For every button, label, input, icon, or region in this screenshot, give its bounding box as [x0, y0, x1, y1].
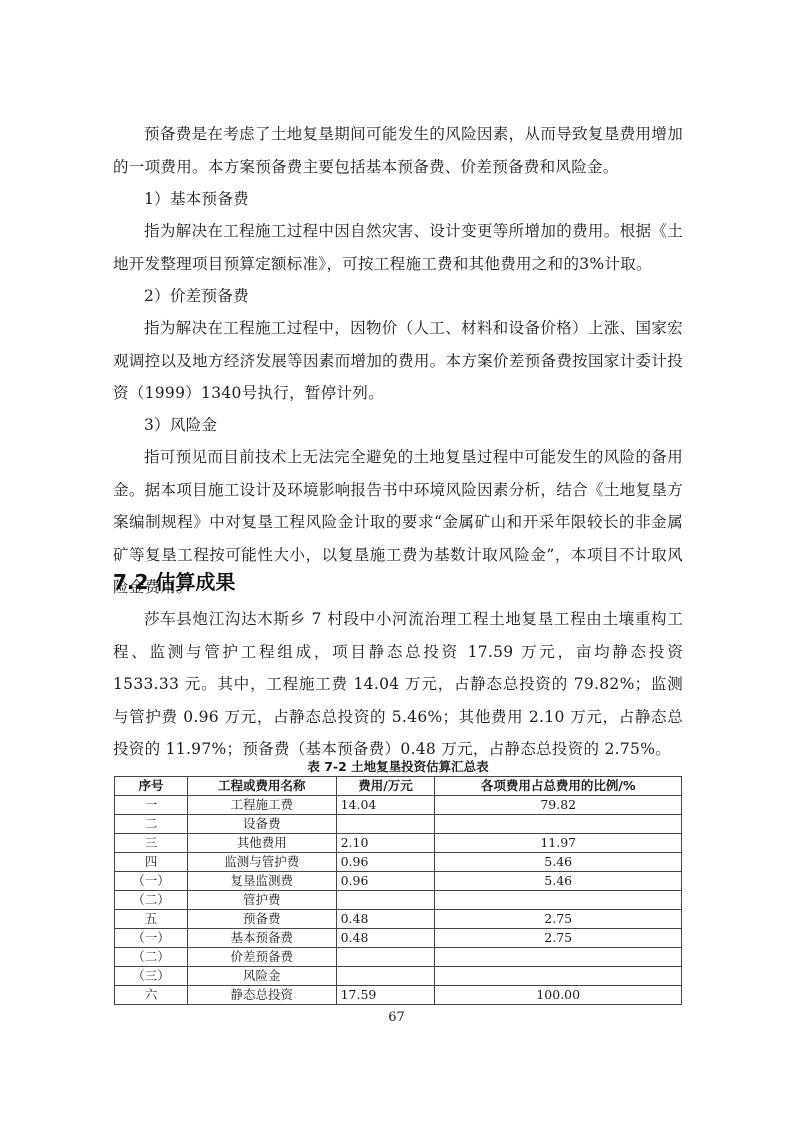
cell-percent: 100.00: [435, 986, 682, 1005]
cell-percent: [435, 891, 682, 910]
document-page: 预备费是在考虑了土地复垦期间可能发生的风险因素，从而导致复垦费用增加的一项费用。…: [0, 0, 793, 1122]
table-row: （二）价差预备费: [115, 948, 682, 967]
cell-cost: [336, 967, 435, 986]
cell-cost: 0.48: [336, 929, 435, 948]
cell-index: 二: [115, 815, 188, 834]
cell-percent: 79.82: [435, 796, 682, 815]
cell-index: （一）: [115, 929, 188, 948]
section-heading: 7.2 估算成果: [113, 566, 235, 595]
cell-percent: 2.75: [435, 929, 682, 948]
cell-percent: [435, 967, 682, 986]
cell-cost: [336, 891, 435, 910]
cell-name: 其他费用: [187, 834, 336, 853]
cell-index: 六: [115, 986, 188, 1005]
intro-paragraph: 预备费是在考虑了土地复垦期间可能发生的风险因素，从而导致复垦费用增加的一项费用。…: [113, 118, 683, 183]
header-cost: 费用/万元: [336, 777, 435, 796]
table-row: 一工程施工费14.0479.82: [115, 796, 682, 815]
cell-name: 基本预备费: [187, 929, 336, 948]
table-row: （二）管护费: [115, 891, 682, 910]
table-row-total: 六静态总投资17.59100.00: [115, 986, 682, 1005]
cell-name: 工程施工费: [187, 796, 336, 815]
section-body: 莎车县炮江沟达木斯乡 7 村段中小河流治理工程土地复垦工程由土壤重构工程、监测与…: [113, 603, 683, 766]
investment-summary-table: 序号 工程或费用名称 费用/万元 各项费用占总费用的比例/% 一工程施工费14.…: [114, 776, 682, 1005]
cell-index: 四: [115, 853, 188, 872]
cell-cost: 0.48: [336, 910, 435, 929]
cell-cost: 14.04: [336, 796, 435, 815]
cell-name: 监测与管护费: [187, 853, 336, 872]
table-header-row: 序号 工程或费用名称 费用/万元 各项费用占总费用的比例/%: [115, 777, 682, 796]
cell-percent: [435, 815, 682, 834]
cell-percent: [435, 948, 682, 967]
cell-name: 静态总投资: [187, 986, 336, 1005]
table-row: （一）复垦监测费0.965.46: [115, 872, 682, 891]
cell-index: （二）: [115, 948, 188, 967]
table-caption: 表 7-2 土地复垦投资估算汇总表: [113, 757, 683, 775]
cell-name: 管护费: [187, 891, 336, 910]
cell-cost: [336, 948, 435, 967]
cell-cost: 0.96: [336, 853, 435, 872]
cell-cost: 0.96: [336, 872, 435, 891]
table-row: 五预备费0.482.75: [115, 910, 682, 929]
cell-name: 风险金: [187, 967, 336, 986]
cell-cost: [336, 815, 435, 834]
cell-name: 预备费: [187, 910, 336, 929]
item1-title: 1）基本预备费: [113, 183, 683, 216]
cell-cost: 17.59: [336, 986, 435, 1005]
table-row: 四监测与管护费0.965.46: [115, 853, 682, 872]
cell-index: （二）: [115, 891, 188, 910]
cell-index: （三）: [115, 967, 188, 986]
cell-name: 复垦监测费: [187, 872, 336, 891]
cell-percent: 11.97: [435, 834, 682, 853]
cell-name: 价差预备费: [187, 948, 336, 967]
table-row: （三）风险金: [115, 967, 682, 986]
cell-cost: 2.10: [336, 834, 435, 853]
table-row: 二设备费: [115, 815, 682, 834]
page-number: 67: [0, 1010, 793, 1025]
cell-index: 三: [115, 834, 188, 853]
table-row: 三其他费用2.1011.97: [115, 834, 682, 853]
item1-body: 指为解决在工程施工过程中因自然灾害、设计变更等所增加的费用。根据《土地开发整理项…: [113, 215, 683, 280]
cell-percent: 2.75: [435, 910, 682, 929]
cell-index: 一: [115, 796, 188, 815]
cell-percent: 5.46: [435, 853, 682, 872]
item2-title: 2）价差预备费: [113, 280, 683, 313]
table-row: （一）基本预备费0.482.75: [115, 929, 682, 948]
header-item-name: 工程或费用名称: [187, 777, 336, 796]
cell-index: （一）: [115, 872, 188, 891]
header-index: 序号: [115, 777, 188, 796]
header-percentage: 各项费用占总费用的比例/%: [435, 777, 682, 796]
cell-name: 设备费: [187, 815, 336, 834]
item2-body: 指为解决在工程施工过程中，因物价（人工、材料和设备价格）上涨、国家宏观调控以及地…: [113, 312, 683, 410]
item3-title: 3）风险金: [113, 409, 683, 442]
cell-percent: 5.46: [435, 872, 682, 891]
cell-index: 五: [115, 910, 188, 929]
